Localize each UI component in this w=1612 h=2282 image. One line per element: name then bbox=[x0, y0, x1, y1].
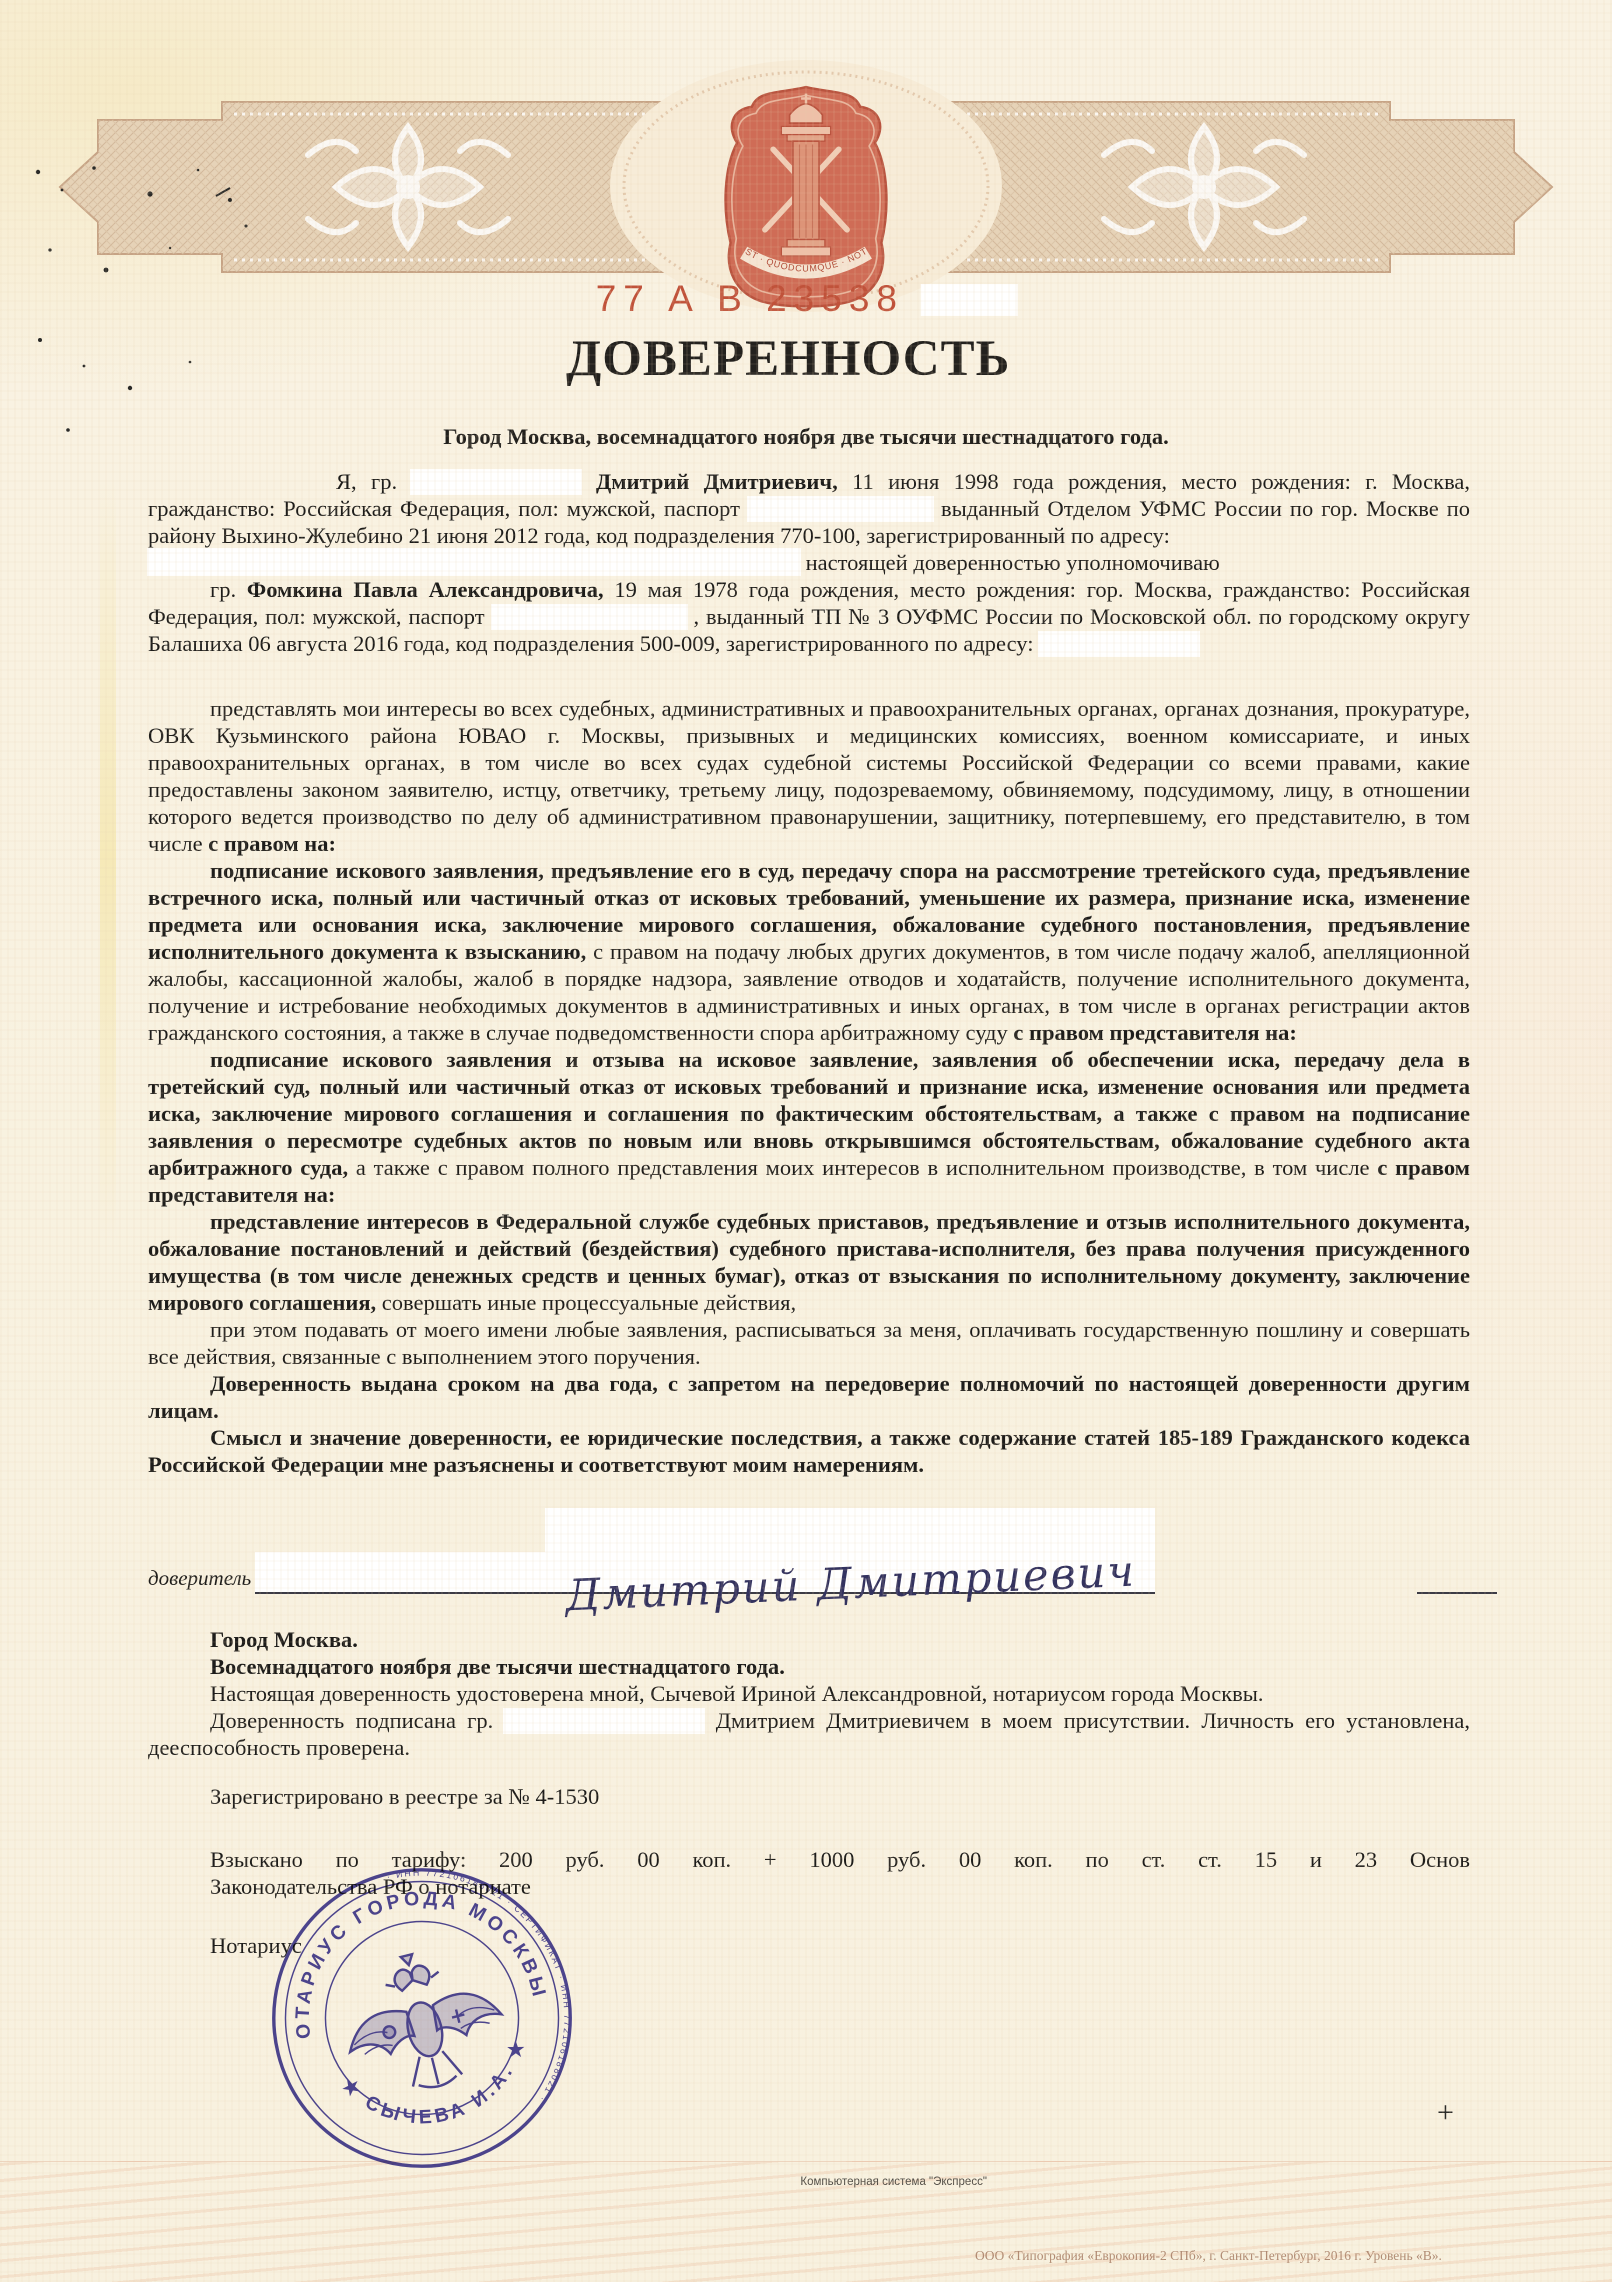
authorize-text: настоящей доверенностью уполномочиваю bbox=[806, 550, 1220, 575]
signature-handwriting: Дмитрий Дмитриевич bbox=[565, 1559, 1137, 1611]
serial-number-text: 77 А В 23538 bbox=[596, 278, 904, 319]
paragraph-principal: Я, гр. Дмитрий Дмитриевич, 11 июня 1998 … bbox=[148, 468, 1470, 549]
redaction-box bbox=[411, 470, 581, 494]
powers-bailiffs-regular: совершать иные процессуальные действия, bbox=[382, 1290, 796, 1315]
notary-city: Город Москва. bbox=[148, 1626, 1470, 1653]
scan-yellow-strip bbox=[100, 480, 116, 1240]
serial-number: 77 А В 23538 bbox=[596, 278, 1017, 320]
signature-line-redacted bbox=[255, 1552, 545, 1594]
doc-title: ДОВЕРЕННОСТЬ bbox=[566, 330, 1010, 388]
powers-general-bold: с правом на: bbox=[208, 831, 336, 856]
paragraph-meaning: Смысл и значение доверенности, ее юридич… bbox=[148, 1424, 1470, 1478]
redaction-box bbox=[148, 549, 800, 575]
scanned-document-page: LEX EST · QUODCUMQUE · NOTAMUS 77 А В 23… bbox=[0, 0, 1612, 2282]
paragraph-authorize-line: настоящей доверенностью уполномочиваю bbox=[148, 549, 1470, 576]
notary-signed: Доверенность подписана гр. Дмитрием Дмит… bbox=[148, 1707, 1470, 1761]
print-footer: ООО «Типография «Еврокопия-2 СПб», г. Са… bbox=[975, 2248, 1442, 2264]
registry-line: Зарегистрировано в реестре за № 4-1530 bbox=[148, 1783, 1470, 1810]
double-eagle-icon bbox=[331, 1937, 515, 2105]
computer-system-note: Компьютерная система "Экспресс" bbox=[800, 2176, 987, 2188]
redaction-box bbox=[492, 605, 687, 629]
tariff-line-2: Законодательства РФ о нотариате bbox=[148, 1873, 1470, 1900]
redaction-box bbox=[1039, 632, 1199, 656]
principal-intro: Я, гр. bbox=[336, 469, 397, 494]
signature-line: Дмитрий Дмитриевич bbox=[545, 1508, 1155, 1594]
paragraph-powers-general: представлять мои интересы во всех судебн… bbox=[148, 695, 1470, 857]
band-left-plaque bbox=[60, 102, 696, 272]
crest-column-capital bbox=[781, 126, 830, 134]
plus-mark: + bbox=[1437, 2096, 1454, 2130]
doc-subtitle: Город Москва, восемнадцатого ноября две … bbox=[443, 424, 1168, 450]
paragraph-powers-arbitration: подписание искового заявления и отзыва н… bbox=[148, 1046, 1470, 1208]
paragraph-powers-court: подписание искового заявления, предъявле… bbox=[148, 857, 1470, 1046]
tariff-line-1: Взыскано по тарифу: 200 руб. 00 коп. + 1… bbox=[148, 1846, 1470, 1873]
powers-general-text: представлять мои интересы во всех судебн… bbox=[148, 696, 1470, 856]
notary-crest: LEX EST · QUODCUMQUE · NOTAMUS bbox=[726, 87, 887, 306]
redaction-box bbox=[921, 285, 1016, 315]
notary-signed-intro: Доверенность подписана гр. bbox=[210, 1708, 493, 1733]
crest-column-base bbox=[781, 247, 830, 256]
paragraph-general-actions: при этом подавать от моего имени любые з… bbox=[148, 1316, 1470, 1370]
powers-arbitration-regular: а также с правом полного представления м… bbox=[356, 1155, 1370, 1180]
stamp-ring-bottom-text: ★ СЫЧЕВА И.А. ★ bbox=[334, 2030, 545, 2149]
attorney-intro: гр. bbox=[210, 577, 236, 602]
notary-certified: Настоящая доверенность удостоверена мной… bbox=[148, 1680, 1470, 1707]
band-right-plaque bbox=[916, 102, 1552, 272]
attorney-name: Фомкина Павла Александровича, bbox=[247, 577, 604, 602]
notary-label: Нотариус bbox=[148, 1932, 1470, 1959]
document-body: Я, гр. Дмитрий Дмитриевич, 11 июня 1998 … bbox=[148, 468, 1470, 1959]
notary-date: Восемнадцатого ноября две тысячи шестнад… bbox=[148, 1653, 1470, 1680]
signature-label: доверитель bbox=[148, 1565, 251, 1594]
paragraph-powers-bailiffs: представление интересов в Федеральной сл… bbox=[148, 1208, 1470, 1316]
paragraph-attorney: гр. Фомкина Павла Александровича, 19 мая… bbox=[148, 576, 1470, 657]
redaction-box bbox=[504, 1709, 704, 1733]
signature-row: доверитель Дмитрий Дмитриевич bbox=[148, 1510, 1470, 1594]
paragraph-term: Доверенность выдана сроком на два года, … bbox=[148, 1370, 1470, 1424]
signature-line-short bbox=[1417, 1582, 1497, 1594]
notary-attestation: Город Москва. Восемнадцатого ноября две … bbox=[148, 1626, 1470, 1959]
powers-court-bold2: с правом представителя на: bbox=[1013, 1020, 1297, 1045]
principal-name: Дмитрий Дмитриевич, bbox=[596, 469, 838, 494]
redaction-box bbox=[748, 497, 933, 521]
powers-bailiffs-bold: представление интересов в Федеральной сл… bbox=[148, 1209, 1470, 1315]
